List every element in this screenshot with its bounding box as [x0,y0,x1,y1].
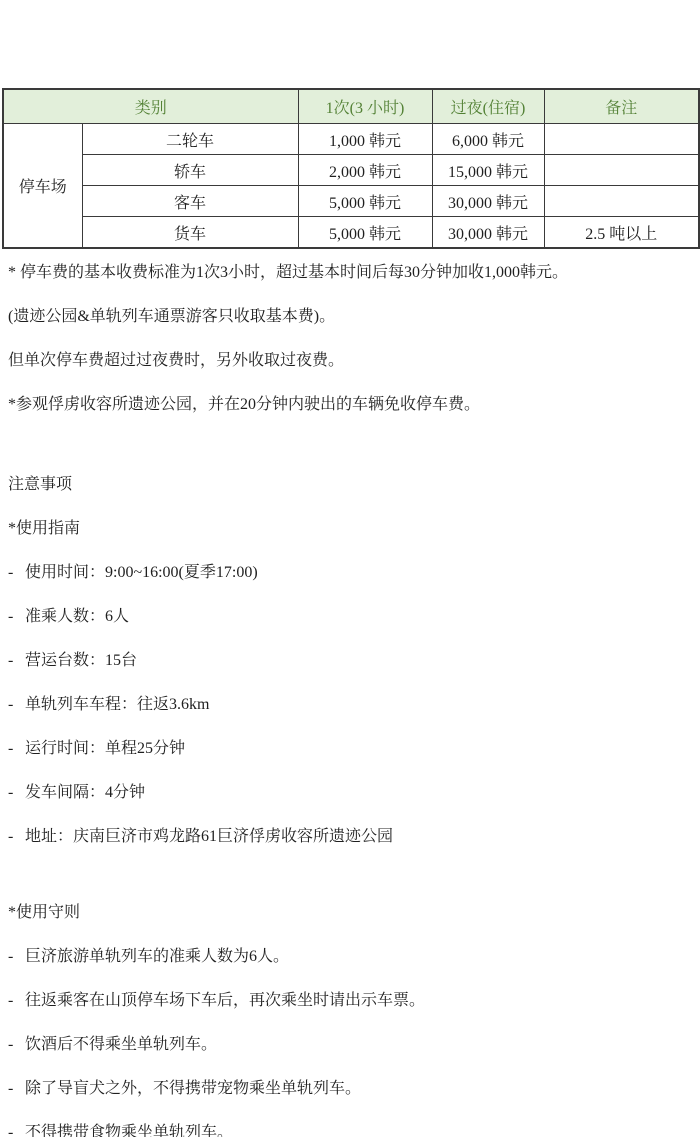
rule-item-pets: -除了导盲犬之外，不得携带宠物乘坐单轨列车。 [8,1079,690,1099]
dash-bullet: - [8,827,25,847]
guide-item-text: 单轨列车车程：往返3.6km [25,696,209,713]
dash-bullet: - [8,739,25,759]
header-note: 备注 [544,89,699,124]
cell-overnight-fee: 30,000 韩元 [432,186,544,217]
cell-vehicle-type: 客车 [82,186,298,217]
guide-item-distance: -单轨列车车程：往返3.6km [8,695,690,715]
dash-bullet: - [8,695,25,715]
cell-once-fee: 1,000 韩元 [298,124,432,155]
rule-item-text: 往返乘客在山顶停车场下车后，再次乘坐时请出示车票。 [25,992,425,1009]
cell-once-fee: 5,000 韩元 [298,217,432,249]
dash-bullet: - [8,783,25,803]
rule-item-text: 巨济旅游单轨列车的准乘人数为6人。 [25,948,289,965]
header-category: 类别 [3,89,298,124]
cell-note [544,186,699,217]
dash-bullet: - [8,607,25,627]
guide-item-text: 发车间隔：4分钟 [25,784,145,801]
header-once: 1次(3 小时) [298,89,432,124]
cell-vehicle-type: 货车 [82,217,298,249]
table-row: 客车 5,000 韩元 30,000 韩元 [3,186,699,217]
table-header-row: 类别 1次(3 小时) 过夜(住宿) 备注 [3,89,699,124]
guide-item-interval: -发车间隔：4分钟 [8,783,690,803]
dash-bullet: - [8,1035,25,1055]
table-row: 停车场 二轮车 1,000 韩元 6,000 韩元 [3,124,699,155]
dash-bullet: - [8,651,25,671]
group-label-parking-lot: 停车场 [3,124,82,249]
cell-note [544,124,699,155]
dash-bullet: - [8,947,25,967]
rule-item-text: 不得携带食物乘坐单轨列车。 [25,1124,233,1137]
cell-vehicle-type: 轿车 [82,155,298,186]
table-row: 货车 5,000 韩元 30,000 韩元 2.5 吨以上 [3,217,699,249]
dash-bullet: - [8,563,25,583]
rule-item-food: -不得携带食物乘坐单轨列车。 [8,1123,690,1137]
rule-item-text: 饮酒后不得乘坐单轨列车。 [25,1036,217,1053]
guide-item-hours: -使用时间：9:00~16:00(夏季17:00) [8,563,690,583]
guide-item-text: 地址：庆南巨济市鸡龙路61巨济俘虏收容所遗迹公园 [25,828,393,845]
guide-item-capacity: -准乘人数：6人 [8,607,690,627]
cell-overnight-fee: 6,000 韩元 [432,124,544,155]
rule-item-text: 除了导盲犬之外，不得携带宠物乘坐单轨列车。 [25,1080,361,1097]
fee-note: *参观俘虏收容所遗迹公园，并在20分钟内驶出的车辆免收停车费。 [8,395,690,415]
header-overnight: 过夜(住宿) [432,89,544,124]
cell-note [544,155,699,186]
fee-note: 但单次停车费超过过夜费时，另外收取过夜费。 [8,351,690,371]
cell-overnight-fee: 30,000 韩元 [432,217,544,249]
cell-once-fee: 2,000 韩元 [298,155,432,186]
dash-bullet: - [8,1123,25,1137]
dash-bullet: - [8,1079,25,1099]
guide-item-fleet: -营运台数：15台 [8,651,690,671]
guide-item-text: 使用时间：9:00~16:00(夏季17:00) [25,564,258,581]
cell-note: 2.5 吨以上 [544,217,699,249]
parking-fee-table: 类别 1次(3 小时) 过夜(住宿) 备注 停车场 二轮车 1,000 韩元 6… [2,88,700,249]
rule-item-alcohol: -饮酒后不得乘坐单轨列车。 [8,1035,690,1055]
fee-note: (遗迹公园&单轨列车通票游客只收取基本费)。 [8,307,690,327]
cell-vehicle-type: 二轮车 [82,124,298,155]
guide-item-text: 准乘人数：6人 [25,608,129,625]
guide-item-text: 营运台数：15台 [25,652,137,669]
cell-once-fee: 5,000 韩元 [298,186,432,217]
table-row: 轿车 2,000 韩元 15,000 韩元 [3,155,699,186]
guide-item-text: 运行时间：单程25分钟 [25,740,185,757]
fee-note: * 停车费的基本收费标准为1次3小时，超过基本时间后每30分钟加收1,000韩元… [8,263,690,283]
guide-item-duration: -运行时间：单程25分钟 [8,739,690,759]
rule-item-capacity: -巨济旅游单轨列车的准乘人数为6人。 [8,947,690,967]
cell-overnight-fee: 15,000 韩元 [432,155,544,186]
sub-heading-usage-guide: *使用指南 [8,519,690,539]
guide-item-address: -地址：庆南巨济市鸡龙路61巨济俘虏收容所遗迹公园 [8,827,690,847]
section-title-attention: 注意事项 [8,439,690,495]
rule-item-ticket: -往返乘客在山顶停车场下车后，再次乘坐时请出示车票。 [8,991,690,1011]
dash-bullet: - [8,991,25,1011]
document-body: * 停车费的基本收费标准为1次3小时，超过基本时间后每30分钟加收1,000韩元… [0,249,700,1137]
sub-heading-usage-rules: *使用守则 [8,871,690,923]
